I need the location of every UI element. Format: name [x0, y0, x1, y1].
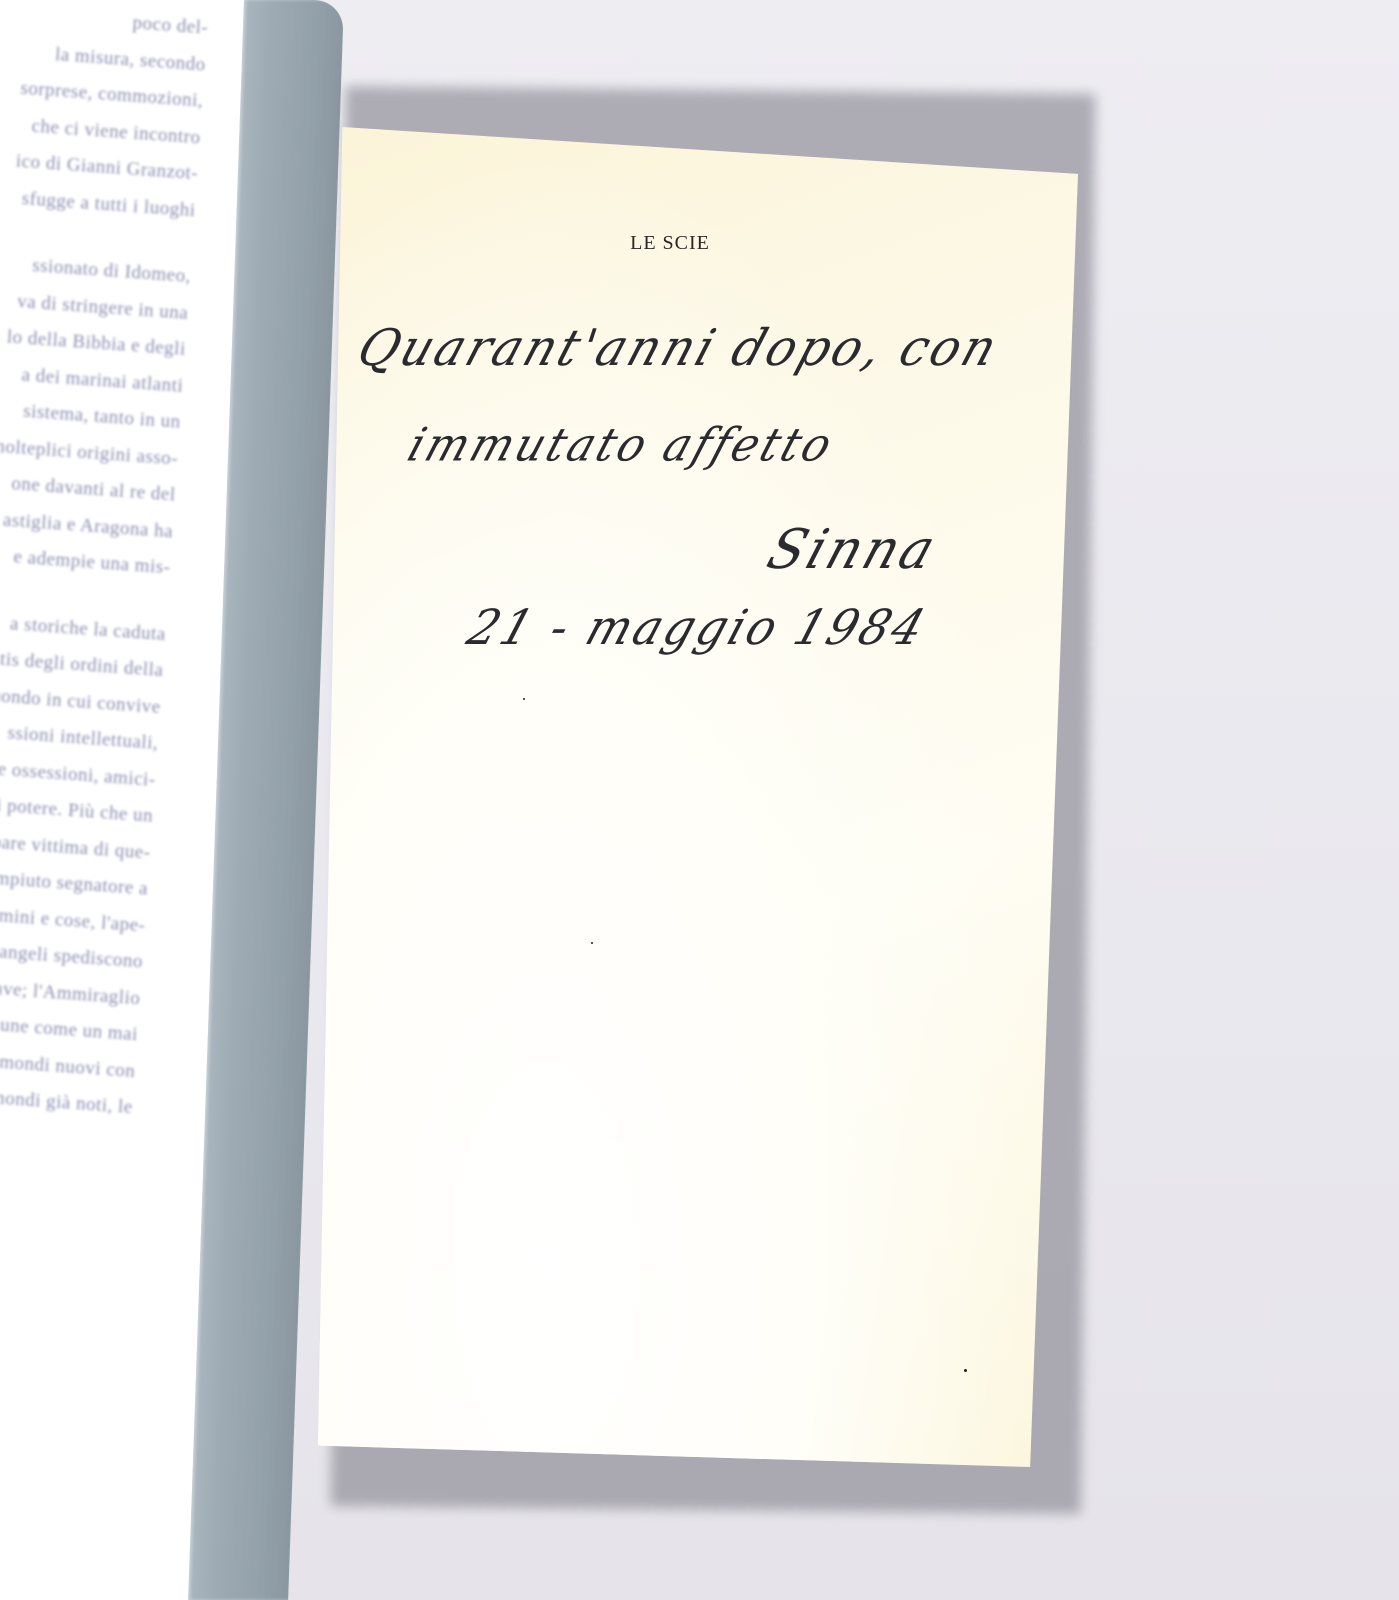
inscription-line-2: immutato affetto [401, 419, 841, 473]
ink-speck [591, 942, 593, 944]
inscription-line-1: Quarant'anni dopo, con [350, 319, 1006, 378]
ink-speck [964, 1369, 967, 1372]
inscription-signature: Sinna [760, 519, 946, 582]
left-page-text: poco del- la misura, secondo sorprese, c… [0, 0, 209, 1127]
series-title: LE SCIE [620, 232, 720, 255]
inscription-date: 21 - maggio 1984 [461, 599, 935, 656]
ink-speck [523, 698, 525, 700]
